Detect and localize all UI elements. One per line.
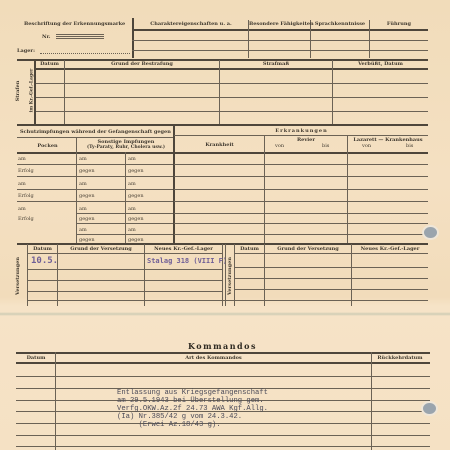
divider xyxy=(234,289,428,290)
pocken-am: am xyxy=(18,156,26,162)
pocken-am: am xyxy=(18,206,26,212)
divider xyxy=(264,136,265,244)
divider xyxy=(174,213,428,214)
revier-von: von xyxy=(275,143,284,149)
strafen-side-label: Strafen xyxy=(15,73,21,109)
divider xyxy=(17,176,76,177)
col-rueckkehrdatum: Rückkehrdatum xyxy=(372,355,428,361)
lazarett-bis: bis xyxy=(406,143,413,149)
divider xyxy=(332,60,333,124)
divider xyxy=(347,136,348,244)
divider xyxy=(34,97,428,98)
schutzimpfungen-title: Schutzimpfungen während der Gefangenscha… xyxy=(20,129,170,135)
sonstige-cell: am xyxy=(128,156,136,162)
lazarett-von: von xyxy=(362,143,371,149)
divider xyxy=(174,234,428,235)
pocken-am: am xyxy=(18,181,26,187)
divider xyxy=(17,124,428,126)
divider xyxy=(174,135,428,136)
lager-field[interactable] xyxy=(40,53,130,54)
nr-field[interactable] xyxy=(56,34,104,40)
lager-label: Lager: xyxy=(17,48,35,54)
sonstige-cell: am xyxy=(79,206,87,212)
col-datum: Datum xyxy=(17,355,55,361)
divider xyxy=(174,223,428,224)
versetzung-lager-stamp: Stalag 318 (VIII F) xyxy=(147,257,227,265)
divider xyxy=(34,68,428,70)
divider xyxy=(234,267,428,268)
divider xyxy=(132,50,428,51)
sonstige-cell: am xyxy=(79,156,87,162)
sonstige-cell: gegen xyxy=(128,193,144,199)
divider xyxy=(234,278,428,279)
divider xyxy=(34,83,428,84)
erkrankungen-title: Erkrankungen xyxy=(175,128,428,134)
sonstige-cell: gegen xyxy=(79,216,95,222)
divider xyxy=(16,435,430,436)
versetzungen-side-label-right: Versetzungen xyxy=(227,256,233,296)
divider xyxy=(16,446,430,447)
divider xyxy=(34,111,428,112)
divider xyxy=(76,137,77,244)
divider xyxy=(27,280,222,281)
col-grund-right: Grund der Versetzung xyxy=(265,246,351,252)
divider xyxy=(16,376,430,377)
col-art-kommandos: Art des Kommandos xyxy=(56,355,371,361)
col-datum: Datum xyxy=(35,61,64,67)
erkennungsmarke-label: Beschriftung der Erkennungsmarke xyxy=(24,21,124,27)
divider xyxy=(76,176,173,177)
col-lazarett: Lazarett — Krankenhaus xyxy=(348,137,428,143)
divider xyxy=(76,213,173,214)
col-lager-right: Neues Kr.-Gef.-Lager xyxy=(352,246,428,252)
sonstige-cell: am xyxy=(128,227,136,233)
divider xyxy=(17,201,76,202)
divider xyxy=(17,137,174,138)
pocken-erfolg: Erfolg xyxy=(18,193,34,199)
paper-fold xyxy=(0,312,450,316)
divider xyxy=(27,253,222,254)
col-sprachkenntnisse: Sprachkenntnisse xyxy=(311,21,369,27)
punch-hole xyxy=(423,403,436,414)
pocken-erfolg: Erfolg xyxy=(18,216,34,222)
divider xyxy=(76,164,173,165)
sonstige-cell: am xyxy=(128,181,136,187)
divider xyxy=(225,244,226,306)
versetzung-datum-stamp: 10.5. xyxy=(31,256,58,266)
divider xyxy=(16,352,430,354)
col-faehigkeiten: Besondere Fähigkeiten xyxy=(249,21,310,27)
nr-label: Nr. xyxy=(42,34,51,40)
pocken-erfolg: Erfolg xyxy=(18,168,34,174)
kommandos-typed-entry: Entlassung aus Kriegsgefangenschaft am 2… xyxy=(117,389,268,429)
divider xyxy=(174,176,428,177)
divider xyxy=(174,189,428,190)
col-strafmass: Strafmaß xyxy=(220,61,332,67)
sonstige-cell: gegen xyxy=(79,193,95,199)
col-krankheit: Krankheit xyxy=(175,142,264,148)
col-verbuesst: Verbüßt, Datum xyxy=(333,61,428,67)
col-datum-right: Datum xyxy=(235,246,264,252)
col-datum-left: Datum xyxy=(28,246,57,252)
divider xyxy=(64,60,65,124)
divider xyxy=(76,234,173,235)
divider xyxy=(132,40,428,41)
divider xyxy=(222,244,223,306)
sonstige-cell: am xyxy=(79,181,87,187)
divider xyxy=(17,189,76,190)
divider xyxy=(27,300,428,301)
col-sonstige-sub: (Ty-Paraty, Ruhr, Cholera usw.) xyxy=(78,145,174,151)
divider xyxy=(174,201,428,202)
punch-hole xyxy=(424,227,437,238)
sonstige-cell: am xyxy=(79,227,87,233)
sonstige-cell: gegen xyxy=(79,168,95,174)
divider xyxy=(132,29,428,31)
col-grund-bestrafung: Grund der Bestrafung xyxy=(65,61,219,67)
strafen-side-sublabel: im Kr.-Gef.-Lager xyxy=(30,66,35,116)
divider xyxy=(174,164,428,165)
sonstige-cell: gegen xyxy=(128,216,144,222)
divider xyxy=(17,164,76,165)
sonstige-cell: gegen xyxy=(128,168,144,174)
divider xyxy=(16,362,430,364)
col-lager-left: Neues Kr.-Gef.-Lager xyxy=(145,246,222,252)
divider xyxy=(27,291,222,292)
divider xyxy=(174,152,428,154)
col-pocken: Pocken xyxy=(20,143,75,149)
divider xyxy=(17,152,174,154)
divider xyxy=(76,189,173,190)
divider xyxy=(219,60,220,124)
sonstige-cell: am xyxy=(128,206,136,212)
revier-bis: bis xyxy=(322,143,329,149)
divider xyxy=(76,223,173,224)
col-fuehrung: Führung xyxy=(370,21,428,27)
divider xyxy=(27,269,222,270)
kommandos-title: Kommandos xyxy=(188,341,257,351)
divider xyxy=(76,201,173,202)
divider xyxy=(125,152,126,244)
divider xyxy=(234,253,428,254)
versetzungen-side-label-left: Versetzungen xyxy=(15,256,21,296)
col-grund-left: Grund der Versetzung xyxy=(58,246,144,252)
col-charakter: Charaktereigenschaften u. a. xyxy=(134,21,248,27)
